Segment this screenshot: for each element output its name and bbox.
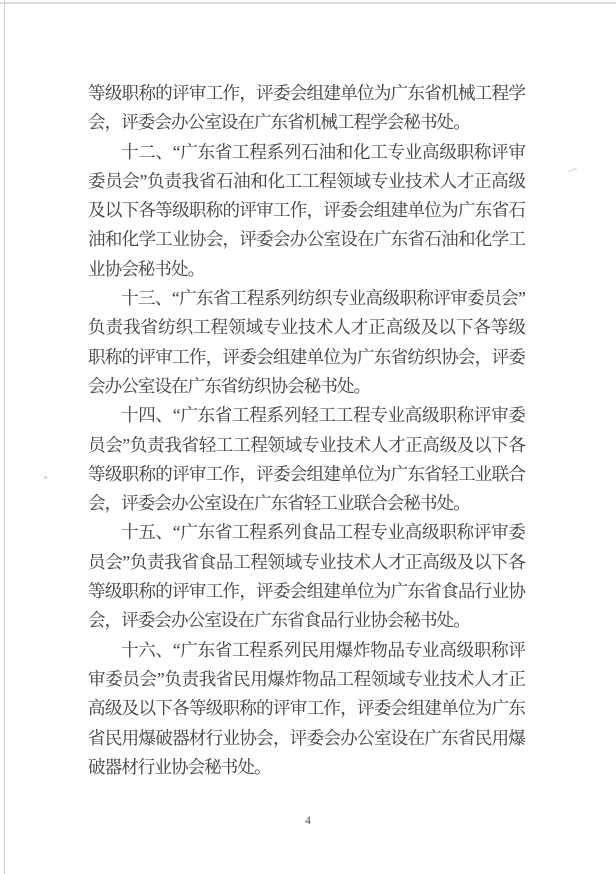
text-line: 十二、“广东省工程系列石油和化工专业高级职称评审 <box>88 138 525 167</box>
text-line: 职称的评审工作，评委会组建单位为广东省纺织协会，评委 <box>88 343 525 372</box>
paragraph: 十三、“广东省工程系列纺织专业高级职称评审委员会”负责我省纺织工程领域专业技术人… <box>88 284 525 401</box>
text-line: 会办公室设在广东省纺织协会秘书处。 <box>88 372 525 401</box>
paragraph: 十五、“广东省工程系列食品工程专业高级职称评审委员会”负责我省食品工程领域专业技… <box>88 518 525 635</box>
text-line: 员会”负责我省食品工程领域专业技术人才正高级及以下各 <box>88 548 525 577</box>
text-line: 负责我省纺织工程领域专业技术人才正高级及以下各等级 <box>88 313 525 342</box>
scan-edge-left <box>4 0 5 874</box>
text-line: 等级职称的评审工作，评委会组建单位为广东省轻工业联合 <box>88 460 525 489</box>
paragraph: 等级职称的评审工作，评委会组建单位为广东省机械工程学会，评委会办公室设在广东省机… <box>88 79 525 138</box>
text-line: 及以下各等级职称的评审工作，评委会组建单位为广东省石 <box>88 196 525 225</box>
text-line: 油和化学工业协会，评委会办公室设在广东省石油和化学工 <box>88 225 525 254</box>
page-number: 4 <box>0 815 616 827</box>
text-line: 十三、“广东省工程系列纺织专业高级职称评审委员会” <box>88 284 525 313</box>
text-line: 业协会秘书处。 <box>88 255 525 284</box>
paragraph: 十六、“广东省工程系列民用爆炸物品专业高级职称评审委员会”负责我省民用爆炸物品工… <box>88 636 525 782</box>
scan-edge-top <box>0 2 616 4</box>
text-line: 十四、“广东省工程系列轻工工程专业高级职称评审委 <box>88 401 525 430</box>
text-line: 委员会”负责我省石油和化工工程领域专业技术人才正高级 <box>88 167 525 196</box>
document-page: 等级职称的评审工作，评委会组建单位为广东省机械工程学会，评委会办公室设在广东省机… <box>0 0 616 874</box>
text-line: 等级职称的评审工作，评委会组建单位为广东省机械工程学 <box>88 79 525 108</box>
document-body: 等级职称的评审工作，评委会组建单位为广东省机械工程学会，评委会办公室设在广东省机… <box>88 79 525 782</box>
text-line: 等级职称的评审工作，评委会组建单位为广东省食品行业协 <box>88 577 525 606</box>
text-line: 会，评委会办公室设在广东省轻工业联合会秘书处。 <box>88 489 525 518</box>
text-line: 十六、“广东省工程系列民用爆炸物品专业高级职称评 <box>88 636 525 665</box>
text-line: 员会”负责我省轻工工程领域专业技术人才正高级及以下各 <box>88 431 525 460</box>
text-line: 省民用爆破器材行业协会，评委会办公室设在广东省民用爆 <box>88 724 525 753</box>
text-line: 审委员会”负责我省民用爆炸物品工程领域专业技术人才正 <box>88 665 525 694</box>
text-line: 会，评委会办公室设在广东省机械工程学会秘书处。 <box>88 108 525 137</box>
text-line: 高级及以下各等级职称的评审工作，评委会组建单位为广东 <box>88 694 525 723</box>
text-line: 会，评委会办公室设在广东省食品行业协会秘书处。 <box>88 606 525 635</box>
scan-speck <box>568 168 577 173</box>
paragraph: 十二、“广东省工程系列石油和化工专业高级职称评审委员会”负责我省石油和化工工程领… <box>88 138 525 284</box>
scan-speck <box>44 476 47 479</box>
text-line: 十五、“广东省工程系列食品工程专业高级职称评审委 <box>88 518 525 547</box>
paragraph: 十四、“广东省工程系列轻工工程专业高级职称评审委员会”负责我省轻工工程领域专业技… <box>88 401 525 518</box>
text-line: 破器材行业协会秘书处。 <box>88 753 525 782</box>
